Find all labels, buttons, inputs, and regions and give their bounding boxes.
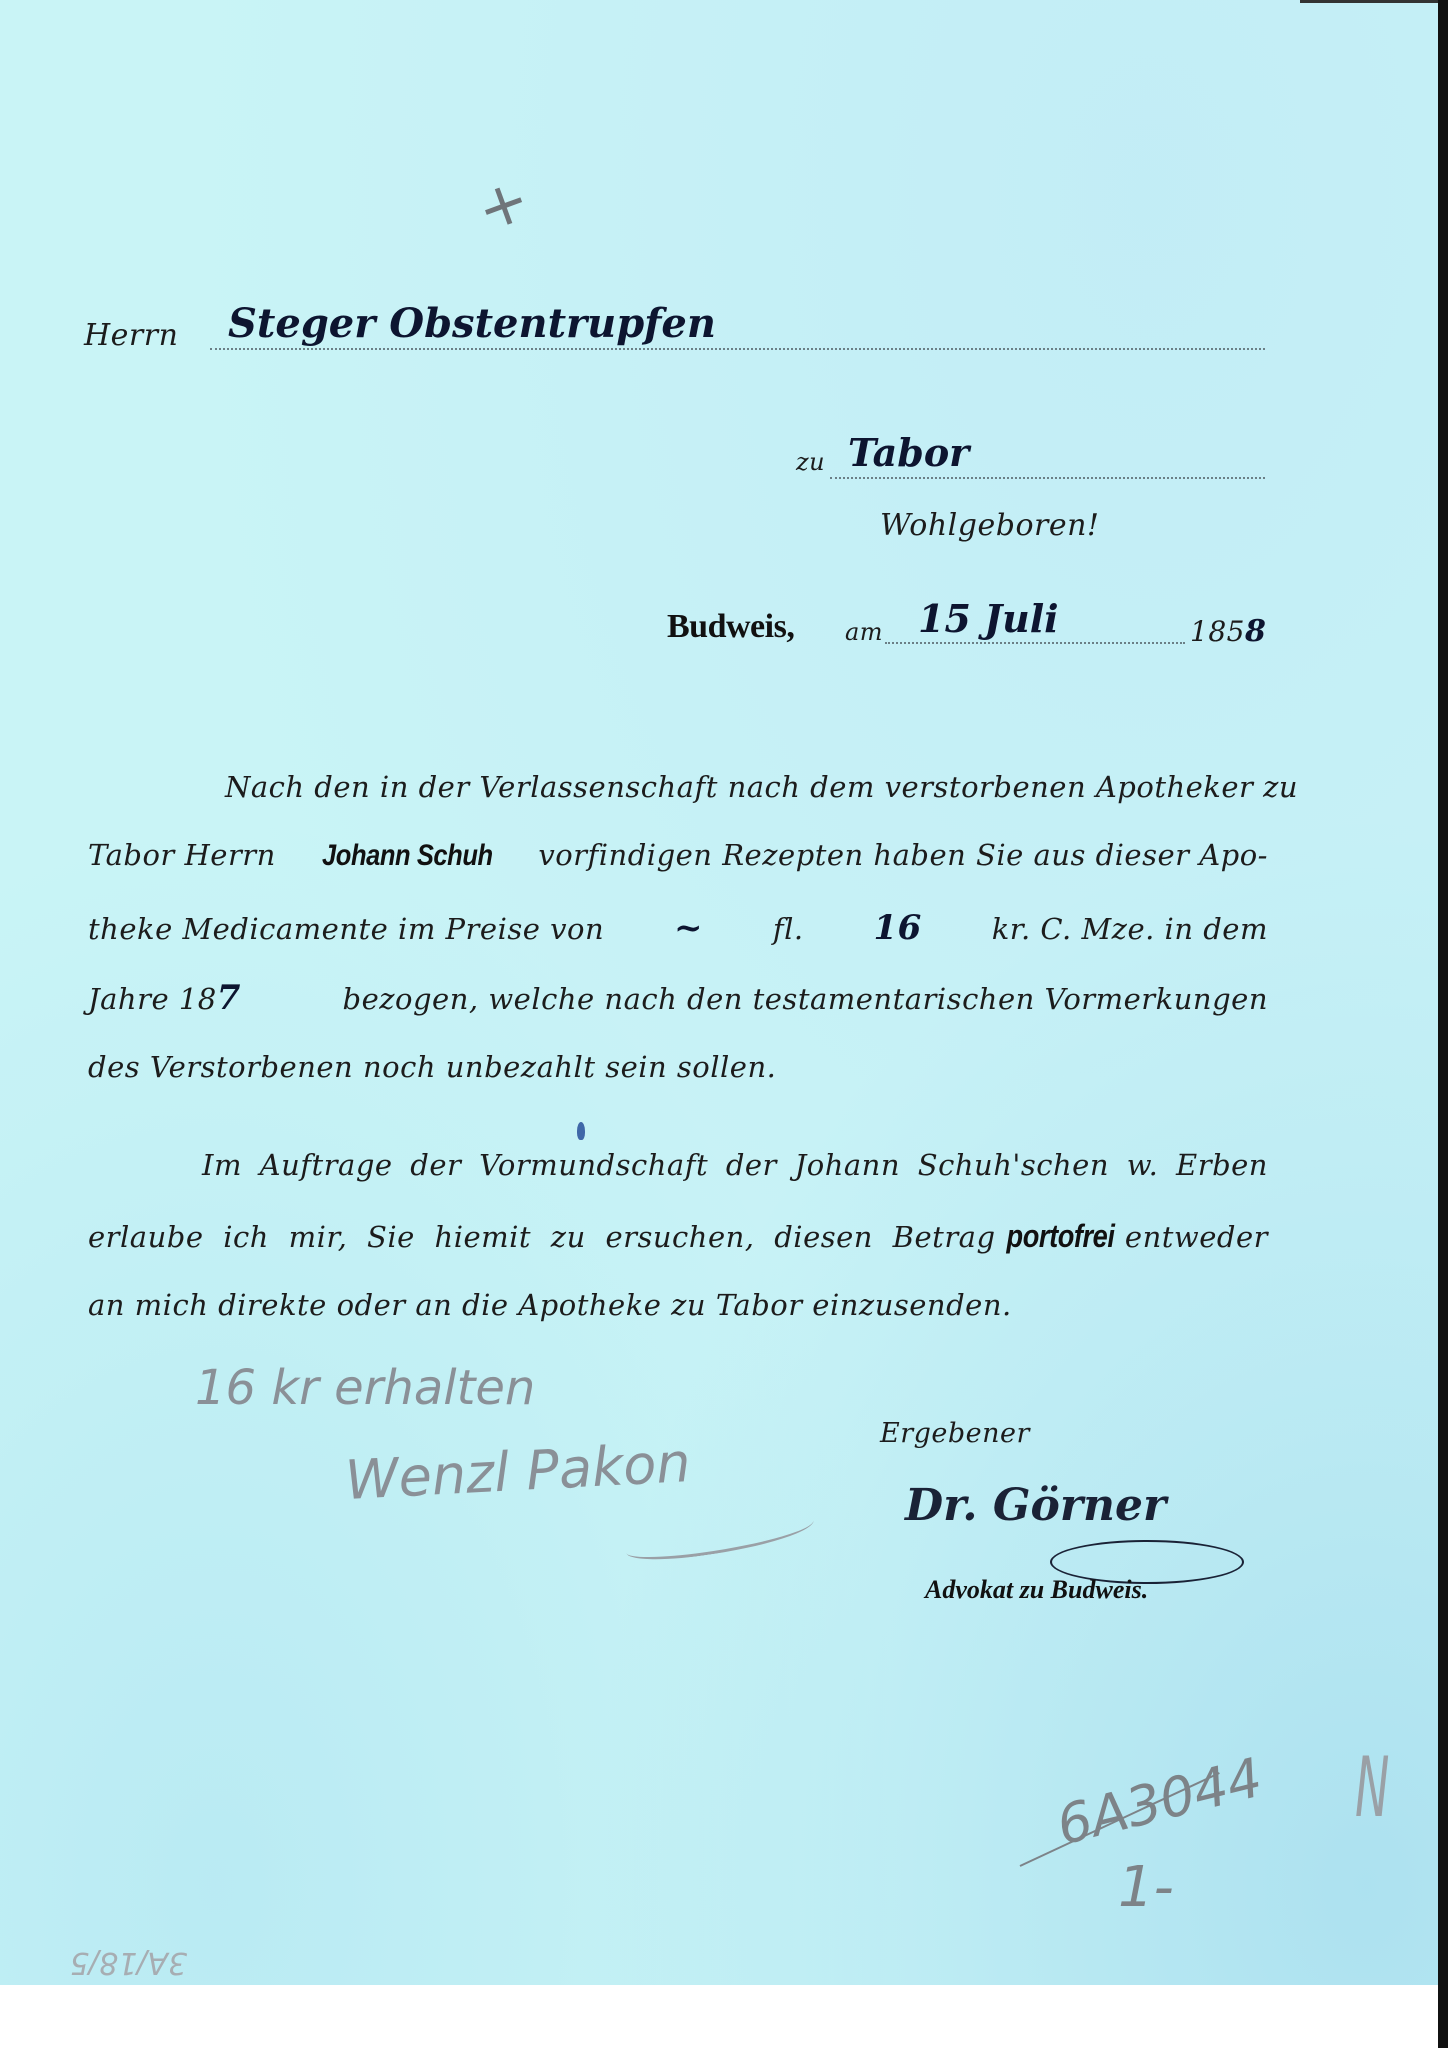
paragraph2-line3: an mich direkte oder an die Apotheke zu …	[88, 1288, 1012, 1322]
paragraph1-line2: Tabor Herrn Johann Schuh vorfindigen Rez…	[88, 838, 1268, 873]
dateline-am: am	[845, 618, 883, 646]
paragraph1-line1: Nach den in der Verlassenschaft nach dem…	[225, 770, 1298, 804]
recipient-dotted-line	[210, 348, 1265, 350]
p2-portofrei-bold: portofrei	[1006, 1218, 1114, 1255]
paragraph1-line3: theke Medicamente im Preise von ~ fl. 16…	[88, 908, 1268, 948]
closing-title: Advokat zu Budweis.	[925, 1575, 1148, 1605]
p2-text-erlaube: erlaube ich mir, Sie hiemit zu ersuchen,…	[88, 1220, 996, 1254]
p1-year-handwritten: 7	[217, 978, 241, 1018]
honorific: Wohlgeboren!	[880, 508, 1099, 543]
p1-unit-fl: fl.	[773, 912, 804, 946]
p1-amount-fl: ~	[674, 908, 703, 948]
archive-bottom-left: 3A/18/5	[70, 1945, 187, 1980]
p1-text-jahre: Jahre 187	[88, 978, 241, 1018]
year-printed: 1858	[1190, 614, 1266, 649]
p1-name-bold: Johann Schuh	[322, 839, 493, 873]
paragraph1-line4: Jahre 187 bezogen, welche nach den testa…	[88, 978, 1268, 1018]
recipient-handwritten: Steger Obstentrupfen	[228, 300, 716, 347]
place-prefix: zu	[796, 448, 825, 476]
date-handwritten: 15 Juli	[918, 596, 1059, 641]
p1-text-medicamente: theke Medicamente im Preise von	[88, 912, 604, 946]
place-dotted-line	[830, 477, 1265, 479]
p1-text-bezogen: bezogen, welche nach den testamentarisch…	[343, 982, 1268, 1016]
p1-text-tabor-herrn: Tabor Herrn	[88, 838, 276, 872]
date-dotted-line	[885, 642, 1185, 644]
archive-fraction-denominator: 1-	[1118, 1855, 1174, 1920]
p1-amount-kr: 16	[874, 908, 922, 948]
paragraph2-line1: Im Auftrage der Vormundschaft der Johann…	[202, 1148, 1268, 1182]
paragraph2-line2: erlaube ich mir, Sie hiemit zu ersuchen,…	[88, 1218, 1268, 1255]
ink-blot	[577, 1122, 585, 1140]
scan-edge-right	[1438, 0, 1448, 2048]
closing-signature: Dr. Görner	[905, 1480, 1166, 1531]
p1-text-rezepten: vorfindigen Rezepten haben Sie aus diese…	[538, 838, 1268, 872]
salutation-prefix: Herrn	[84, 318, 178, 353]
closing-ergebener: Ergebener	[880, 1418, 1030, 1449]
scan-edge-top	[1300, 0, 1448, 3]
p2-text-entweder: entweder	[1125, 1220, 1268, 1254]
archive-side-mark: N	[1355, 1738, 1389, 1835]
pencil-note-received: 16 kr erhalten	[195, 1360, 535, 1416]
p1-text-kr-cmze: kr. C. Mze. in dem	[992, 912, 1268, 946]
p1-jahre-printed: Jahre 18	[88, 982, 217, 1016]
year-handwritten-digit: 8	[1245, 614, 1266, 649]
paragraph1-line5: des Verstorbenen noch unbezahlt sein sol…	[88, 1050, 776, 1084]
year-printed-digits: 185	[1190, 615, 1245, 648]
dateline-city: Budweis,	[667, 608, 794, 646]
place-handwritten: Tabor	[848, 430, 969, 475]
